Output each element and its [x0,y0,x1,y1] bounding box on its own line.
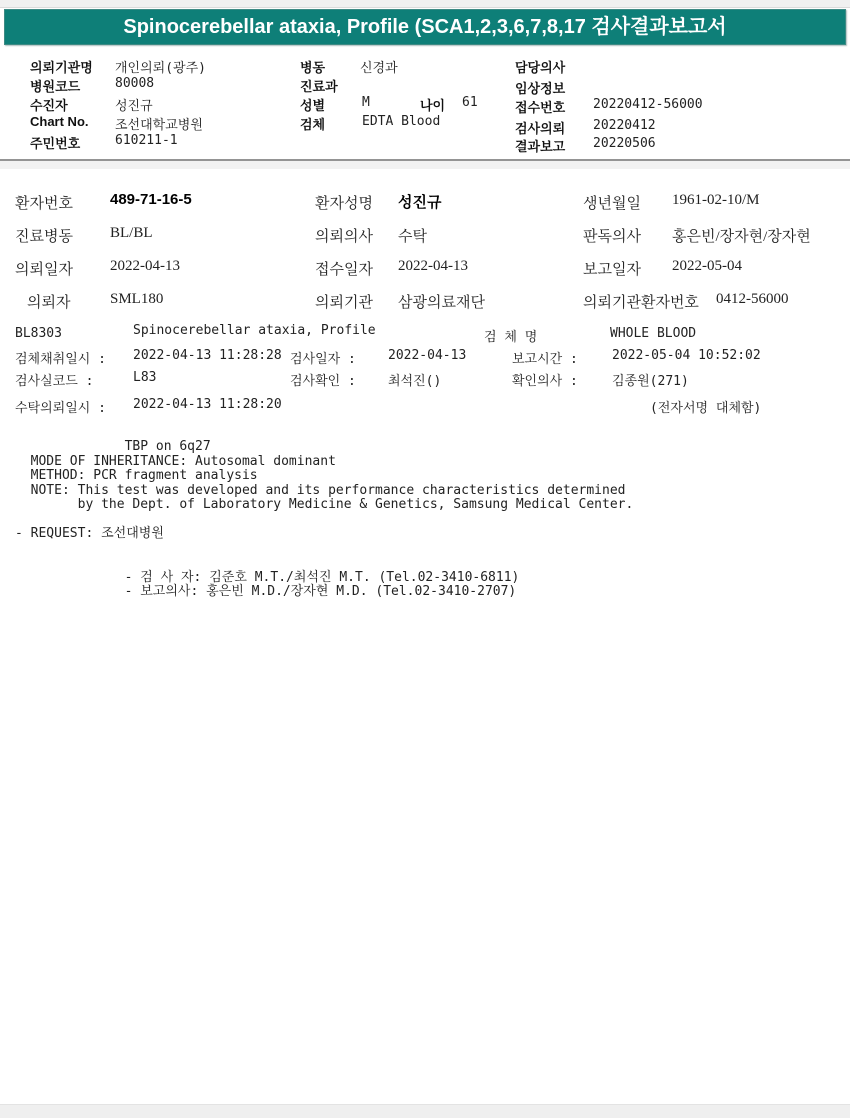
label-report-date: 보고일자 [583,258,641,279]
label-department: 진료과 [300,76,338,95]
value-patient-no: 489-71-16-5 [110,191,192,208]
value-result-report-date: 20220506 [593,136,656,151]
value-sex: M [362,95,370,110]
value-requester: SML180 [110,291,163,308]
esign-note: (전자서명 대체함) [650,397,761,416]
label-specimen-name: 검 체 명 [484,326,537,345]
label-requester: 의뢰자 [27,291,70,312]
value-facility-patient-no: 0412-56000 [716,291,789,308]
report-title: Spinocerebellar ataxia, Profile (SCA1,2,… [123,16,726,38]
test-name: Spinocerebellar ataxia, Profile [133,323,376,338]
value-test-request-date: 20220412 [593,118,656,133]
label-sex: 성별 [300,95,325,114]
value-request-date: 2022-04-13 [110,258,180,275]
value-test-verifier: 최석진() [388,370,441,389]
value-confirm-doctor: 김종원(271) [612,370,689,389]
label-clinic-ward: 진료병동 [15,225,73,246]
label-reading-doctor: 판독의사 [583,225,641,246]
test-code: BL8303 [15,326,62,341]
value-patient-name: 성진규 [398,191,441,212]
value-age: 61 [462,95,478,110]
label-confirm-doctor: 확인의사 : [512,370,578,389]
value-resident-no: 610211-1 [115,133,178,148]
label-specimen-type: 검체 [300,114,325,133]
label-consignment-datetime: 수탁의뢰일시 : [15,397,106,416]
label-result-report-date: 결과보고 [515,136,565,155]
label-hospital-code: 병원코드 [30,76,80,95]
value-lab-code: L83 [133,370,156,385]
label-clinical-info: 임상정보 [515,78,565,97]
label-resident-no: 주민번호 [30,133,80,152]
label-requesting-facility: 의뢰기관 [315,291,373,312]
value-specimen-name: WHOLE BLOOD [610,326,696,341]
label-facility-patient-no: 의뢰기관환자번호 [583,291,699,312]
label-test-request-date: 검사의뢰 [515,118,565,137]
label-receipt-date: 접수일자 [315,258,373,279]
value-consignment-datetime: 2022-04-13 11:28:20 [133,397,282,412]
value-reading-doctor: 홍은빈/장자현/장자현 [672,225,811,246]
top-margin-strip [0,0,850,8]
value-receipt-date: 2022-04-13 [398,258,468,275]
value-birth-date: 1961-02-10/M [672,192,760,209]
value-collection-datetime: 2022-04-13 11:28:28 [133,348,282,363]
value-specimen-type: EDTA Blood [362,114,440,129]
section-divider-band [0,161,850,169]
label-test-date: 검사일자 : [290,348,356,367]
lab-report-page: Spinocerebellar ataxia, Profile (SCA1,2,… [0,0,850,1118]
label-examinee: 수진자 [30,95,68,114]
value-referring-doctor: 수탁 [398,225,427,246]
value-clinic-ward: BL/BL [110,225,153,242]
label-requesting-org: 의뢰기관명 [30,57,93,76]
value-examinee: 성진규 [115,95,153,114]
value-requesting-org: 개인의뢰(광주) [115,57,206,76]
value-hospital-code: 80008 [115,76,154,91]
report-body-text: TBP on 6q27 MODE OF INHERITANCE: Autosom… [15,440,633,600]
value-ward: 신경과 [360,57,398,76]
label-request-date: 의뢰일자 [15,258,73,279]
label-receipt-no: 접수번호 [515,97,565,116]
report-title-banner: Spinocerebellar ataxia, Profile (SCA1,2,… [4,9,846,45]
label-patient-name: 환자성명 [315,192,373,213]
label-birth-date: 생년월일 [583,192,641,213]
label-attending-doctor: 담당의사 [515,57,565,76]
label-collection-datetime: 검체채취일시 : [15,348,106,367]
value-report-time: 2022-05-04 10:52:02 [612,348,761,363]
label-referring-doctor: 의뢰의사 [315,225,373,246]
value-test-date: 2022-04-13 [388,348,466,363]
value-receipt-no: 20220412-56000 [593,97,703,112]
value-chart-no: 조선대학교병원 [115,114,203,133]
label-lab-code: 검사실코드 : [15,370,93,389]
label-test-verifier: 검사확인 : [290,370,356,389]
bottom-margin-strip [0,1104,850,1118]
label-report-time: 보고시간 : [512,348,578,367]
label-ward: 병동 [300,57,325,76]
value-requesting-facility: 삼광의료재단 [398,291,485,312]
label-patient-no: 환자번호 [15,192,73,213]
label-chart-no: Chart No. [30,114,89,129]
value-report-date: 2022-05-04 [672,258,742,275]
label-age: 나이 [420,95,445,114]
